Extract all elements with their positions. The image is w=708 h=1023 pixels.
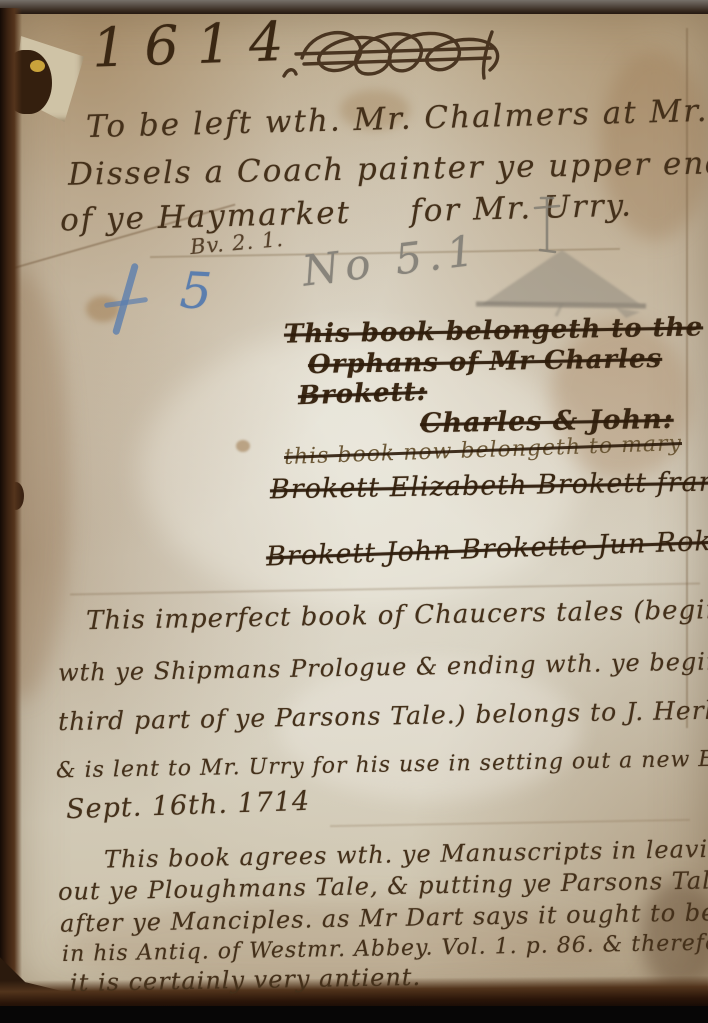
dart-note-line: it is certainly very antient.: [70, 965, 421, 995]
manuscript-photo: 1614 To be left wth. Mr. Chalmers at Mr.…: [0, 0, 708, 1023]
ink-scribble: [282, 18, 514, 86]
blue-number-mark: 5: [179, 265, 214, 317]
leather-edge-top: [0, 0, 708, 14]
pencil-pyramid-sketch: [476, 246, 648, 318]
herbert-note-line: Sept. 16th. 1714: [66, 788, 311, 824]
leather-spine-left: [0, 8, 22, 1008]
ownership-line: This book belongeth to the: [284, 314, 704, 347]
ownership-line: Brokett Elizabeth Brokett frances: [270, 468, 708, 504]
year-inscription: 1614: [91, 14, 302, 75]
ownership-line: Orphans of Mr Charles: [308, 346, 663, 378]
ownership-line: Brokett:: [298, 379, 428, 409]
photo-background: [0, 1006, 708, 1023]
